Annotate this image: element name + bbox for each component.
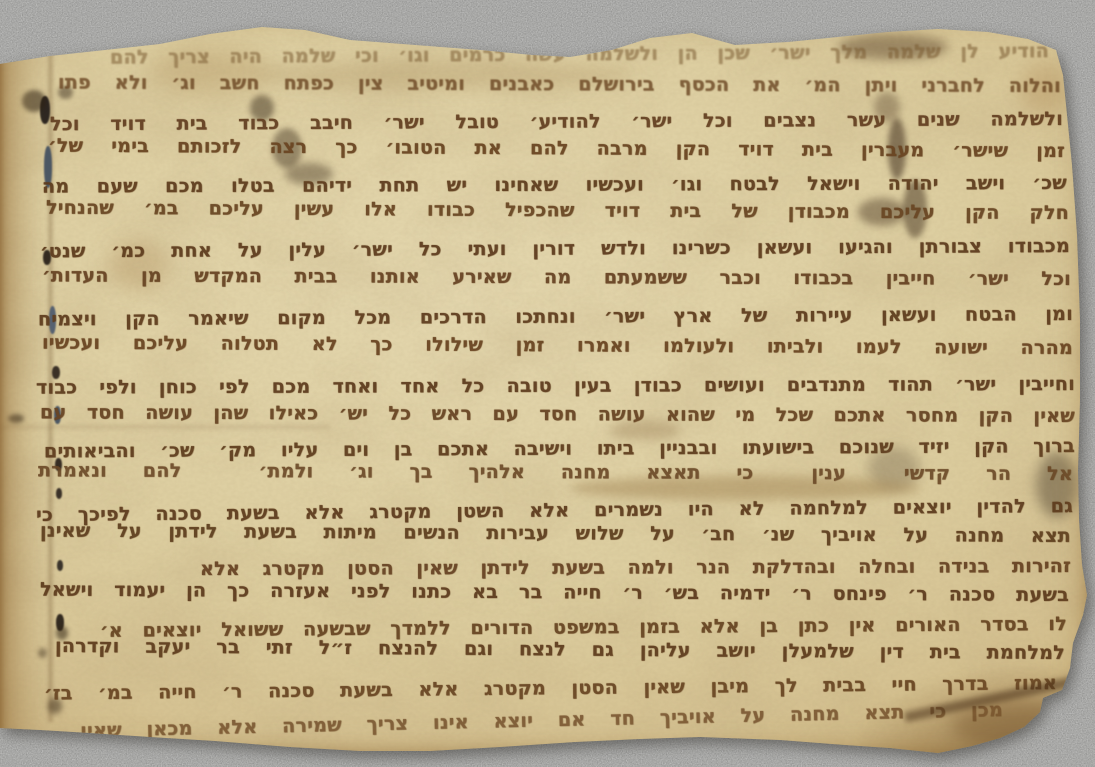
text-line-14: אל הר קדשי ענין כי תאצא מחנה אלהיך בך וג… (38, 458, 1073, 489)
text-line-12: שאין הקן מחסר אתכם שכל מי שהוא עושה חסד … (40, 400, 1075, 431)
text-line-2: והלוה לחברני ויתן המ׳ את הכסף בירושלם כא… (58, 70, 1061, 101)
text-line-7: מכבודו צבורתן והגיעו ועשאן כשרינו ולדש ד… (40, 234, 1070, 266)
text-line-11: וחייבין ישר׳ תהוד מתנדבים ועושים כבודן ב… (36, 372, 1075, 403)
text-line-9: ומן הבטח ועשאן עיירות של ארץ ישר׳ ונחתכו… (38, 302, 1073, 334)
parchment-wrap: הודיע לן שלמה מלך ישר׳ שכן הן ולשלמה עשה… (0, 0, 1095, 767)
text-line-6: חלק הקן עליכם מכבודן של בית דויד שהכפיל … (46, 196, 1069, 228)
text-line-16: תצא מחנה על אויביך שנ׳ חב׳ על שלוש עבירו… (40, 519, 1071, 551)
manuscript-page: הודיע לן שלמה מלך ישר׳ שכן הן ולשלמה עשה… (0, 0, 1095, 767)
text-line-10: מהרה ישועה לעמו ולביתו ולעולמו ואמרו זמן… (42, 331, 1073, 363)
manuscript-photo: הודיע לן שלמה מלך ישר׳ שכן הן ולשלמה עשה… (0, 0, 1095, 767)
text-line-18: בשעת סכנה ר׳ פינחס ר׳ ידמיה בש׳ ר׳ חייה … (40, 578, 1069, 610)
ink-stain-19 (1074, 122, 1090, 140)
text-line-4: זמן שישר׳ מעברין בית דויד הקן מרבה להם א… (48, 134, 1065, 166)
text-line-8: וכל ישר׳ חייבין בכבודו וכבר ששמעתם מה שא… (42, 263, 1071, 294)
text-line-1: הודיע לן שלמה מלך ישר׳ שכן הן ולשלמה עשה… (110, 39, 1049, 73)
